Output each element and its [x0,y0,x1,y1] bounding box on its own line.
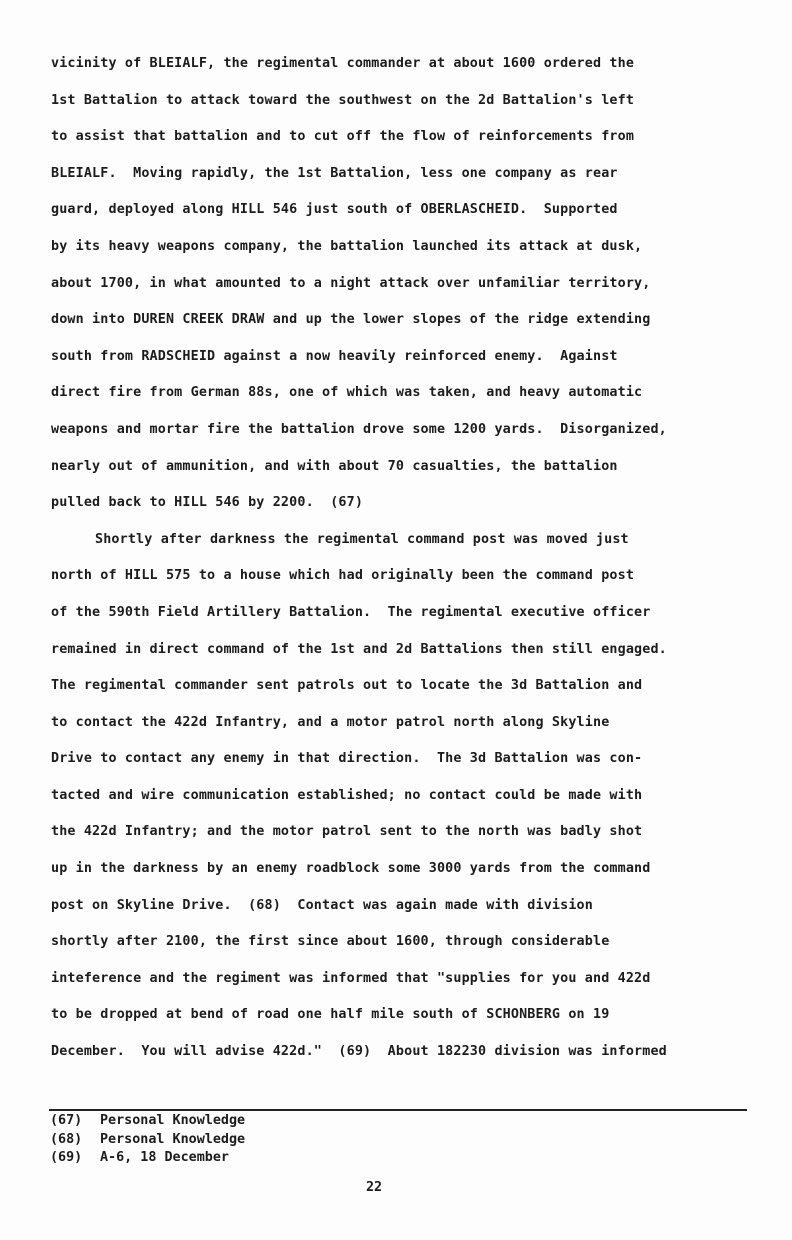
document-page: vicinity of BLEIALF, the regimental comm… [0,0,792,1240]
text-line: post on Skyline Drive. (68) Contact was … [51,895,751,932]
text-line: south from RADSCHEID against a now heavi… [51,346,751,383]
text-line: weapons and mortar fire the battalion dr… [51,419,751,456]
paragraph-1: vicinity of BLEIALF, the regimental comm… [51,53,751,529]
text-line: up in the darkness by an enemy roadblock… [51,858,751,895]
text-line: inteference and the regiment was informe… [51,968,751,1005]
text-line: of the 590th Field Artillery Battalion. … [51,602,751,639]
text-line: remained in direct command of the 1st an… [51,639,751,676]
text-line: the 422d Infantry; and the motor patrol … [51,821,751,858]
text-line: to be dropped at bend of road one half m… [51,1004,751,1041]
text-line: down into DUREN CREEK DRAW and up the lo… [51,309,751,346]
text-line: guard, deployed along HILL 546 just sout… [51,199,751,236]
text-line: to assist that battalion and to cut off … [51,126,751,163]
text-line: by its heavy weapons company, the battal… [51,236,751,273]
text-line: direct fire from German 88s, one of whic… [51,382,751,419]
text-line: 1st Battalion to attack toward the south… [51,90,751,127]
paragraph-2: Shortly after darkness the regimental co… [51,529,751,1078]
footnote-divider [49,1109,747,1111]
footnote-text: Personal Knowledge [100,1132,245,1147]
text-line: December. You will advise 422d." (69) Ab… [51,1041,751,1078]
text-line-indented: Shortly after darkness the regimental co… [51,529,751,566]
text-line: to contact the 422d Infantry, and a moto… [51,712,751,749]
text-line: north of HILL 575 to a house which had o… [51,565,751,602]
text-line: nearly out of ammunition, and with about… [51,456,751,493]
text-line: shortly after 2100, the first since abou… [51,931,751,968]
footnote-number: (69) [50,1149,100,1167]
text-line: Drive to contact any enemy in that direc… [51,748,751,785]
text-line: BLEIALF. Moving rapidly, the 1st Battali… [51,163,751,200]
footnote-69: (69)A-6, 18 December [50,1149,245,1168]
text-line: tacted and wire communication establishe… [51,785,751,822]
text-line: The regimental commander sent patrols ou… [51,675,751,712]
footnote-67: (67)Personal Knowledge [50,1112,245,1131]
text-line: about 1700, in what amounted to a night … [51,273,751,310]
footnote-number: (68) [50,1131,100,1149]
footnote-text: Personal Knowledge [100,1113,245,1128]
footnote-number: (67) [50,1112,100,1130]
text-line: pulled back to HILL 546 by 2200. (67) [51,492,751,529]
text-line: vicinity of BLEIALF, the regimental comm… [51,53,751,90]
body-text: vicinity of BLEIALF, the regimental comm… [51,53,751,1078]
page-number: 22 [366,1180,382,1195]
footnote-text: A-6, 18 December [100,1150,229,1165]
footnotes: (67)Personal Knowledge (68)Personal Know… [50,1112,245,1168]
footnote-68: (68)Personal Knowledge [50,1131,245,1150]
